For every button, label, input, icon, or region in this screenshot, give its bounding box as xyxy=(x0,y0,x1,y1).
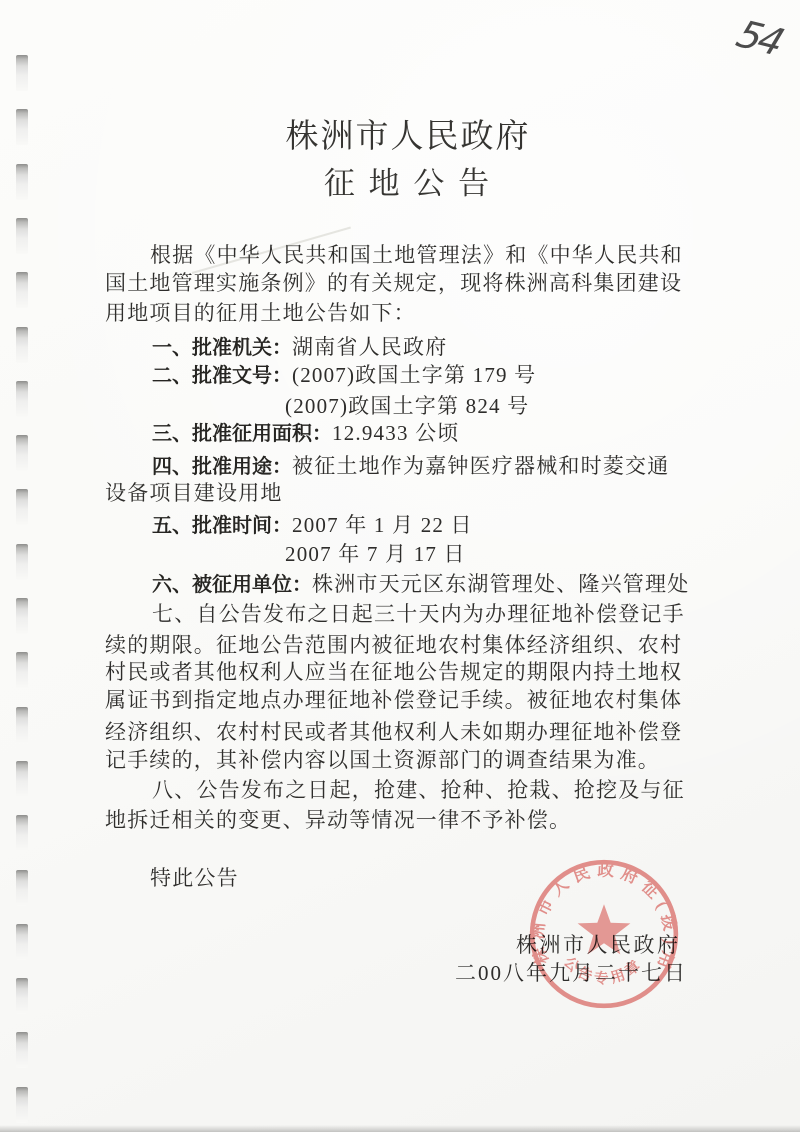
doc-line-text: 记手续的，其补偿内容以国土资源部门的调查结果为准。 xyxy=(105,748,660,772)
doc-line: 二、批准文号：(2007)政国土字第 179 号 xyxy=(152,360,536,391)
doc-line-text: 特此公告 xyxy=(150,866,239,890)
doc-line: 经济组织、农村村民或者其他权利人未如期办理征地补偿登 xyxy=(105,717,682,747)
doc-line-text: 国土地管理实施条例》的有关规定，现将株洲高科集团建设 xyxy=(105,271,682,295)
doc-line-label: 二、批准文号： xyxy=(152,365,292,387)
doc-line-text: 续的期限。征地公告范围内被征地农村集体经济组织、农村 xyxy=(105,633,682,657)
scanned-document-page: 54 株洲市人民政府 征 地 公 告 根据《中华人民共和国土地管理法》和《中华人… xyxy=(0,0,800,1132)
doc-line: 设备项目建设用地 xyxy=(105,478,283,508)
doc-line-text: 七、自公告发布之日起三十天内为办理征地补偿登记手 xyxy=(152,602,685,626)
binding-hole xyxy=(16,435,28,471)
doc-line: 国土地管理实施条例》的有关规定，现将株洲高科集团建设 xyxy=(105,268,682,298)
doc-line: 属证书到指定地点办理征地补偿登记手续。被征地农村集体 xyxy=(105,685,682,715)
doc-line-text: 村民或者其他权利人应当在征地公告规定的期限内持土地权 xyxy=(105,660,682,684)
binding-hole xyxy=(16,381,28,417)
binding-hole xyxy=(16,327,28,363)
doc-line: 五、批准时间：2007 年 1 月 22 日 xyxy=(152,510,473,541)
doc-line-text: (2007)政国土字第 179 号 xyxy=(292,363,536,387)
doc-line: 2007 年 7 月 17 日 xyxy=(285,539,466,569)
doc-line-text: 用地项目的征用土地公告如下： xyxy=(105,301,416,325)
doc-line-label: 一、批准机关： xyxy=(152,337,292,359)
binding-hole xyxy=(16,1032,28,1068)
binding-hole xyxy=(16,218,28,254)
doc-line: 七、自公告发布之日起三十天内为办理征地补偿登记手 xyxy=(152,599,685,629)
doc-line-label: 六、被征用单位： xyxy=(152,574,312,596)
binding-hole xyxy=(16,761,28,797)
doc-line-text: (2007)政国土字第 824 号 xyxy=(285,394,529,418)
binding-hole xyxy=(16,815,28,851)
doc-line: 记手续的，其补偿内容以国土资源部门的调查结果为准。 xyxy=(105,745,660,775)
binding-hole xyxy=(16,272,28,308)
binding-hole xyxy=(16,870,28,906)
document-title-org: 株洲市人民政府 xyxy=(8,110,800,157)
doc-line: 三、批准征用面积：12.9433 公顷 xyxy=(152,418,460,449)
binding-hole xyxy=(16,978,28,1014)
doc-line-text: 根据《中华人民共和国土地管理法》和《中华人民共和 xyxy=(150,243,683,267)
doc-line-text: 设备项目建设用地 xyxy=(105,481,283,505)
doc-line-text: 属证书到指定地点办理征地补偿登记手续。被征地农村集体 xyxy=(105,688,682,712)
doc-line: 六、被征用单位：株洲市天元区东湖管理处、隆兴管理处 xyxy=(152,569,689,600)
binding-hole xyxy=(16,489,28,525)
doc-line: 特此公告 xyxy=(150,863,239,893)
doc-line: 村民或者其他权利人应当在征地公告规定的期限内持土地权 xyxy=(105,657,682,687)
svg-text:公告专用章: 公告专用章 xyxy=(560,954,644,988)
binding-hole xyxy=(16,924,28,960)
doc-line-text: 湖南省人民政府 xyxy=(292,335,447,359)
doc-line: 续的期限。征地公告范围内被征地农村集体经济组织、农村 xyxy=(105,630,682,660)
doc-line: 地拆迁相关的变更、异动等情况一律不予补偿。 xyxy=(105,805,571,835)
binding-hole xyxy=(16,1087,28,1123)
doc-line: 一、批准机关：湖南省人民政府 xyxy=(152,332,447,363)
doc-line-text: 经济组织、农村村民或者其他权利人未如期办理征地补偿登 xyxy=(105,720,682,744)
handwritten-page-number: 54 xyxy=(731,12,787,64)
doc-line-label: 三、批准征用面积： xyxy=(152,423,332,445)
doc-line-text: 八、公告发布之日起，抢建、抢种、抢栽、抢挖及与征 xyxy=(152,778,685,802)
binding-hole xyxy=(16,544,28,580)
doc-line-text: 株洲市天元区东湖管理处、隆兴管理处 xyxy=(312,572,689,596)
scan-bottom-edge xyxy=(0,1125,800,1132)
doc-line-text: 2007 年 7 月 17 日 xyxy=(285,542,466,566)
binding-hole xyxy=(16,55,28,91)
seal-bottom-text: 公告专用章 xyxy=(560,954,644,988)
binding-hole xyxy=(16,652,28,688)
doc-line: 根据《中华人民共和国土地管理法》和《中华人民共和 xyxy=(150,240,683,270)
binding-hole xyxy=(16,707,28,743)
doc-line-text: 地拆迁相关的变更、异动等情况一律不予补偿。 xyxy=(105,808,571,832)
official-seal: 株洲市人民政府征(拨)用地 公告专用章 xyxy=(527,857,681,1011)
doc-line: 八、公告发布之日起，抢建、抢种、抢栽、抢挖及与征 xyxy=(152,775,685,805)
binding-hole xyxy=(16,598,28,634)
doc-line: (2007)政国土字第 824 号 xyxy=(285,391,529,421)
doc-line-text: 12.9433 公顷 xyxy=(332,421,460,445)
doc-line-label: 五、批准时间： xyxy=(152,515,292,537)
doc-line-label: 四、批准用途： xyxy=(152,456,292,478)
seal-star-icon xyxy=(578,904,631,954)
document-title-subject: 征 地 公 告 xyxy=(8,158,800,203)
doc-line: 用地项目的征用土地公告如下： xyxy=(105,298,416,328)
doc-line-text: 2007 年 1 月 22 日 xyxy=(292,513,473,537)
doc-line-text: 被征土地作为嘉钟医疗器械和时菱交通 xyxy=(292,454,669,478)
